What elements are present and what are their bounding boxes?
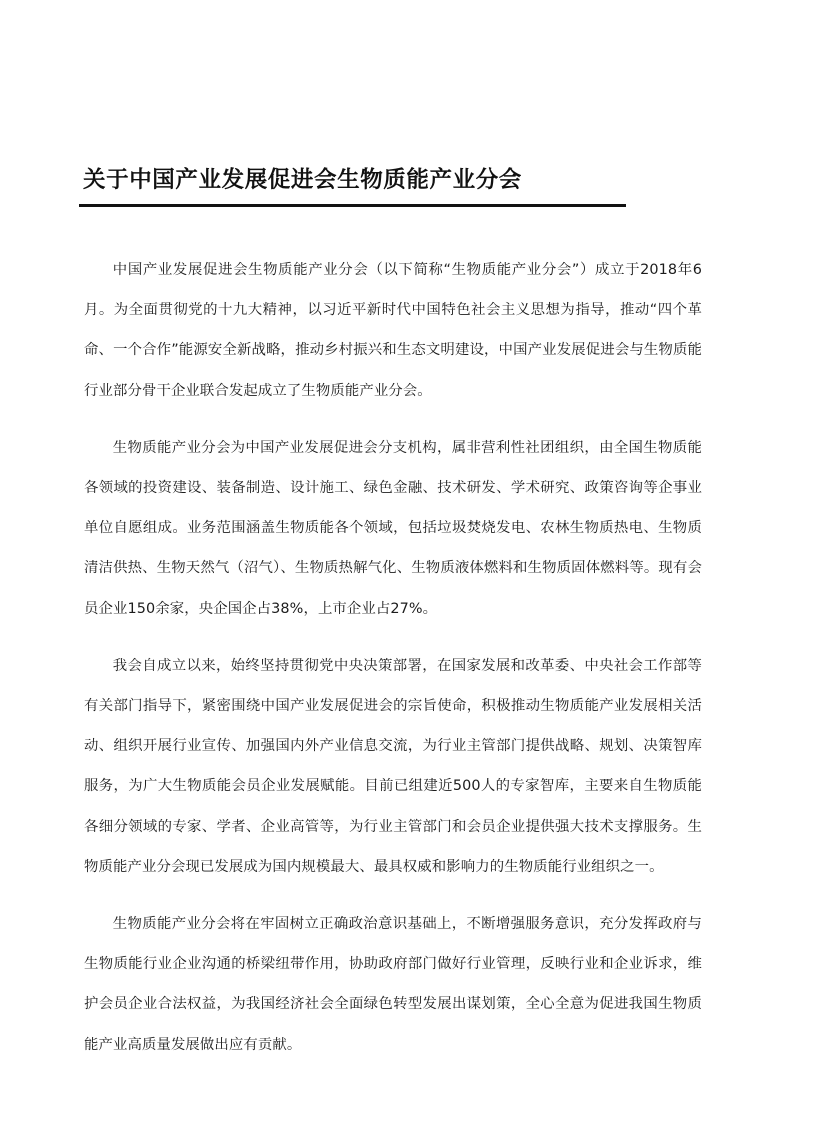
title-divider: [79, 204, 626, 207]
paragraph-membership: 生物质能产业分会为中国产业发展促进会分支机构，属非营利性社团组织，由全国生物质能…: [84, 428, 702, 629]
page-title: 关于中国产业发展促进会生物质能产业分会: [83, 162, 522, 194]
paragraph-activities: 我会自成立以来，始终坚持贯彻党中央决策部署，在国家发展和改革委、中央社会工作部等…: [84, 646, 702, 887]
paragraph-founding: 中国产业发展促进会生物质能产业分会（以下简称“生物质能产业分会”）成立于2018…: [84, 250, 702, 411]
paragraph-mission: 生物质能产业分会将在牢固树立正确政治意识基础上，不断增强服务意识，充分发挥政府与…: [84, 904, 702, 1065]
document-body: 中国产业发展促进会生物质能产业分会（以下简称“生物质能产业分会”）成立于2018…: [84, 250, 702, 1082]
